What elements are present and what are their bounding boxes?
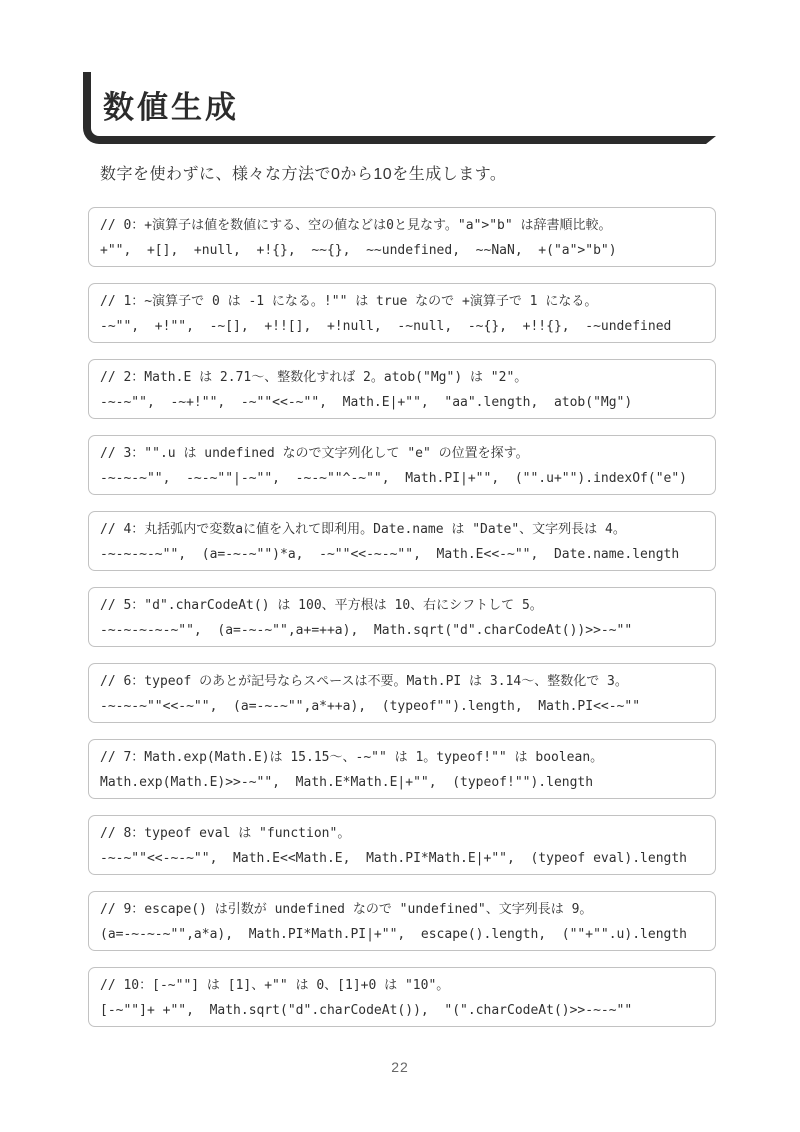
code-box-3: // 3："".u は undefined なので文字列化して "e" の位置を… xyxy=(88,435,716,495)
code-comment-line: // 2：Math.E は 2.71〜、整数化すれば 2。atob("Mg") … xyxy=(100,365,705,390)
code-line: Math.exp(Math.E)>>-~"", Math.E*Math.E|+"… xyxy=(100,770,705,795)
code-comment-line: // 1：~演算子で 0 は -1 になる。!"" は true なので +演算… xyxy=(100,289,705,314)
code-box-1: // 1：~演算子で 0 は -1 になる。!"" は true なので +演算… xyxy=(88,283,716,343)
code-comment-line: // 3："".u は undefined なので文字列化して "e" の位置を… xyxy=(100,441,705,466)
code-box-5: // 5："d".charCodeAt() は 100、平方根は 10、右にシフ… xyxy=(88,587,716,647)
code-box-8: // 8：typeof eval は "function"。 -~-~""<<-… xyxy=(88,815,716,875)
code-comment-line: // 4：丸括弧内で変数aに値を入れて即利用。Date.name は "Date… xyxy=(100,517,705,542)
code-box-4: // 4：丸括弧内で変数aに値を入れて即利用。Date.name は "Date… xyxy=(88,511,716,571)
code-line: -~-~-~"", -~-~""|-~"", -~-~""^-~"", Math… xyxy=(100,466,705,491)
code-line: -~-~"", -~+!"", -~""<<-~"", Math.E|+"", … xyxy=(100,390,705,415)
code-line: [-~""]+ +"", Math.sqrt("d".charCodeAt())… xyxy=(100,998,705,1023)
code-comment-line: // 6：typeof のあとが記号ならスペースは不要。Math.PI は 3.… xyxy=(100,669,705,694)
code-comment-line: // 5："d".charCodeAt() は 100、平方根は 10、右にシフ… xyxy=(100,593,705,618)
code-comment-line: // 7：Math.exp(Math.E)は 15.15〜、-~"" は 1。t… xyxy=(100,745,705,770)
code-box-9: // 9：escape() は引数が undefined なので "undefi… xyxy=(88,891,716,951)
code-comment-line: // 10：[-~""] は [1]、+"" は 0、[1]+0 は "10"。 xyxy=(100,973,705,998)
code-line: +"", +[], +null, +!{}, ~~{}, ~~undefined… xyxy=(100,238,705,263)
code-box-6: // 6：typeof のあとが記号ならスペースは不要。Math.PI は 3.… xyxy=(88,663,716,723)
code-line: -~-~""<<-~-~"", Math.E<<Math.E, Math.PI*… xyxy=(100,846,705,871)
code-snippet-list: // 0：+演算子は値を数値にする、空の値などは0と見なす。"a">"b" は辞… xyxy=(88,207,716,1043)
code-line: -~-~-~-~-~"", (a=-~-~"",a+=++a), Math.sq… xyxy=(100,618,705,643)
code-line: (a=-~-~-~"",a*a), Math.PI*Math.PI|+"", e… xyxy=(100,922,705,947)
code-comment-line: // 8：typeof eval は "function"。 xyxy=(100,821,705,846)
code-line: -~"", +!"", -~[], +!![], +!null, -~null,… xyxy=(100,314,705,339)
page-number: 22 xyxy=(0,1059,800,1075)
page-title: 数値生成 xyxy=(103,92,239,123)
code-line: -~-~-~-~"", (a=-~-~"")*a, -~""<<-~-~"", … xyxy=(100,542,705,567)
chapter-title-rule: 数値生成 xyxy=(83,72,716,144)
code-line: -~-~-~""<<-~"", (a=-~-~"",a*++a), (typeo… xyxy=(100,694,705,719)
code-box-7: // 7：Math.exp(Math.E)は 15.15〜、-~"" は 1。t… xyxy=(88,739,716,799)
code-comment-line: // 9：escape() は引数が undefined なので "undefi… xyxy=(100,897,705,922)
code-box-10: // 10：[-~""] は [1]、+"" は 0、[1]+0 は "10"。… xyxy=(88,967,716,1027)
code-comment-line: // 0：+演算子は値を数値にする、空の値などは0と見なす。"a">"b" は辞… xyxy=(100,213,705,238)
code-box-0: // 0：+演算子は値を数値にする、空の値などは0と見なす。"a">"b" は辞… xyxy=(88,207,716,267)
code-box-2: // 2：Math.E は 2.71〜、整数化すれば 2。atob("Mg") … xyxy=(88,359,716,419)
page-subtitle: 数字を使わずに、様々な方法で0から10を生成します。 xyxy=(100,161,506,184)
